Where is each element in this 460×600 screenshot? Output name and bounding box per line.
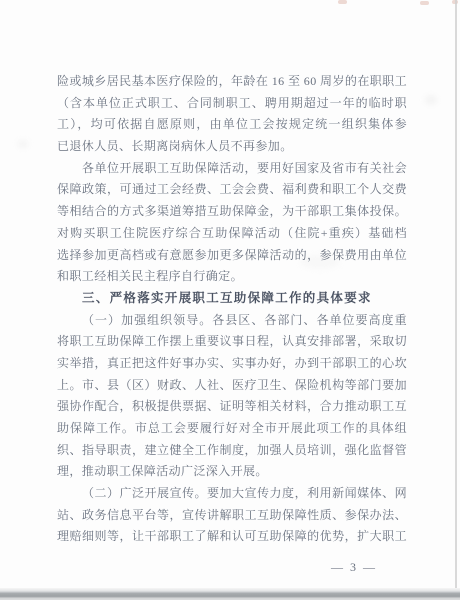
text-line: 选择参加更高档或有意愿参加更多保障活动的，参保费用由单位 xyxy=(57,245,407,267)
text-line: 实举措，真正把这件好事办实、实事办好，办到干部职工的心坎 xyxy=(57,353,407,375)
page-right-edge xyxy=(455,0,457,590)
text-line: 已退休人员、长期离岗病休人员不再参加。 xyxy=(57,136,407,158)
scan-bottom-edge xyxy=(0,588,460,600)
section-heading: 三、严格落实开展职工互助保障工作的具体要求 xyxy=(57,288,407,310)
text-line: 对购买职工住院医疗综合互助保障活动（住院+重疾）基础档外， xyxy=(57,223,407,245)
page-number: — 3 — xyxy=(57,557,407,578)
scan-artifact xyxy=(420,1,429,5)
scan-artifact xyxy=(18,140,28,148)
text-line: 等相结合的方式多渠道筹措互助保障金，为干部职工集体投保。 xyxy=(57,201,407,223)
scan-artifact xyxy=(338,0,347,4)
text-line: 助保障工作。市总工会要履行好对全市开展此项工作的具体组 xyxy=(57,418,407,440)
text-line: 站、政务信息平台等，宣传讲解职工互助保障性质、参保办法、 xyxy=(57,505,407,527)
text-lines: 险或城乡居民基本医疗保险的，年龄在 16 至 60 周岁的在职职工（含本单位正式… xyxy=(57,71,407,548)
text-line: 理赔细则等，让干部职工了解和认可互助保障的优势，扩大职工 xyxy=(57,526,407,548)
scan-artifact xyxy=(425,95,437,105)
text-line: 上。市、县（区）财政、人社、医疗卫生、保险机构等部门要加 xyxy=(57,375,407,397)
text-line: （二）广泛开展宣传。要加大宣传力度，利用新闻媒体、网 xyxy=(57,483,407,505)
text-line: 工），均可依据自愿原则，由单位工会按规定统一组织集体参保； xyxy=(57,114,407,136)
scanned-document-page: 险或城乡居民基本医疗保险的，年龄在 16 至 60 周岁的在职职工（含本单位正式… xyxy=(0,0,460,600)
text-line: 各单位开展职工互助保障活动，要用好国家及省市有关社会 xyxy=(57,158,407,180)
text-line: 和职工经相关民主程序自行确定。 xyxy=(57,266,407,288)
text-line: 强协作配合，积极提供票据、证明等相关材料，合力推动职工互 xyxy=(57,396,407,418)
text-line: （含本单位正式职工、合同制职工、聘用期超过一年的临时职 xyxy=(57,93,407,115)
text-line: 险或城乡居民基本医疗保险的，年龄在 16 至 60 周岁的在职职工 xyxy=(57,71,407,93)
text-line: 织、指导职责，建立健全工作制度，加强人员培训，强化监督管 xyxy=(57,440,407,462)
text-line: 理，推动职工保障活动广泛深入开展。 xyxy=(57,461,407,483)
text-line: 保障政策，可通过工会经费、工会会费、福利费和职工个人交费 xyxy=(57,179,407,201)
text-line: 将职工互助保障工作摆上重要议事日程，认真安排部署，采取切 xyxy=(57,331,407,353)
text-line: （一）加强组织领导。各县区、各部门、各单位要高度重视， xyxy=(57,310,407,332)
document-body: 险或城乡居民基本医疗保险的，年龄在 16 至 60 周岁的在职职工（含本单位正式… xyxy=(57,71,407,578)
